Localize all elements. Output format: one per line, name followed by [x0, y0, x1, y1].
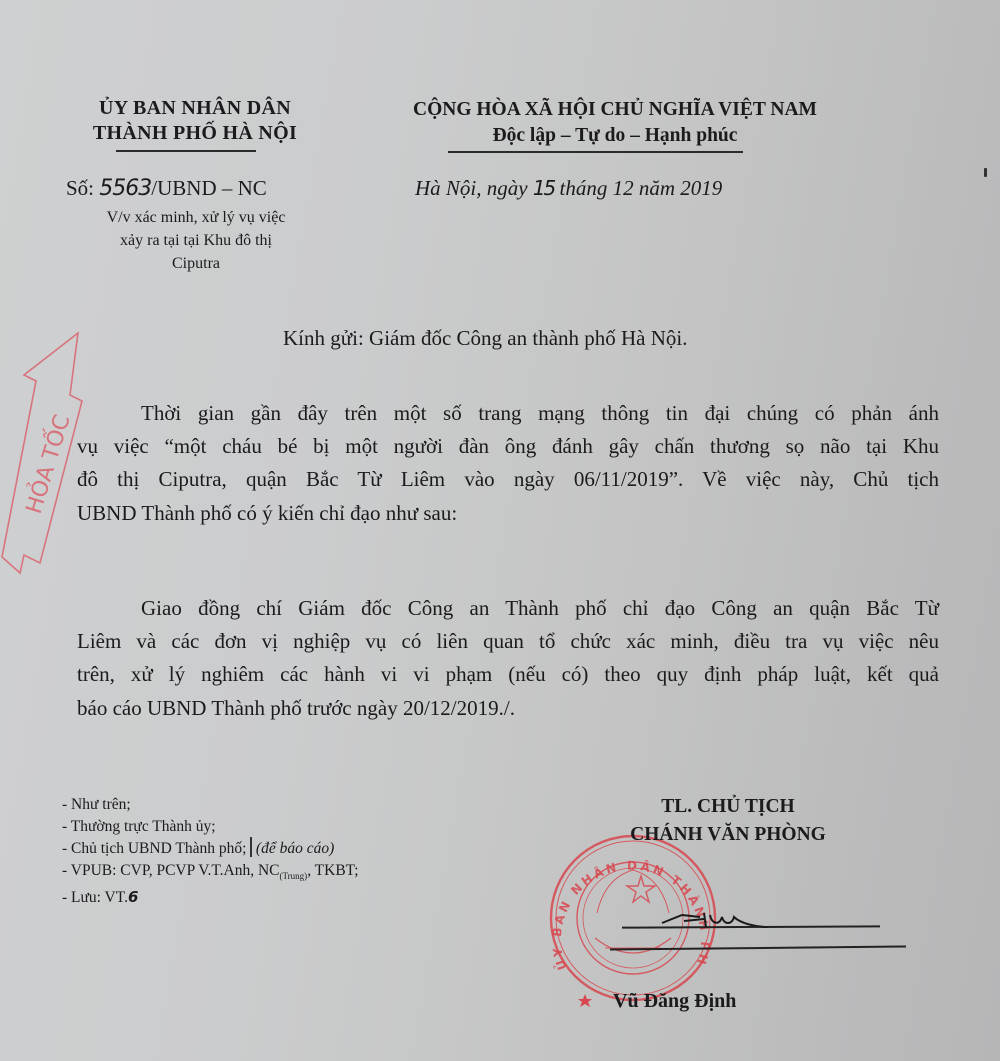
number-handwritten: 5563: [99, 176, 151, 201]
recipient-item: - Chủ tịch UBND Thành phố;(để báo cáo): [62, 837, 359, 860]
date-day-handwritten: 15: [533, 176, 554, 200]
signature-line-2: CHÁNH VĂN PHÒNG: [578, 821, 878, 849]
recipients-list: - Như trên; - Thường trực Thành ủy; - Ch…: [62, 794, 359, 909]
number-suffix: /UBND – NC: [151, 176, 267, 200]
authority-line-1: ỦY BAN NHÂN DÂN: [60, 96, 330, 121]
signature-title: TL. CHỦ TỊCH CHÁNH VĂN PHÒNG: [578, 793, 878, 849]
recipient-tail: , TKBT;: [307, 862, 358, 879]
document-subject: V/v xác minh, xử lý vụ việc xảy ra tại t…: [56, 206, 336, 275]
date-suffix: tháng 12 năm 2019: [554, 176, 722, 200]
report-note: (để báo cáo): [256, 840, 334, 857]
signer-name: Vũ Đăng Định: [613, 990, 736, 1013]
national-header: CỘNG HÒA XÃ HỘI CHỦ NGHĨA VIỆT NAM Độc l…: [360, 97, 870, 149]
recipient-item: - VPUB: CVP, PCVP V.T.Anh, NC(Trung), TK…: [62, 860, 359, 888]
subject-line: Ciputra: [56, 252, 336, 275]
body-paragraph-1: Thời gian gần đây trên một số trang mạng…: [77, 397, 939, 530]
authority-underline: [116, 150, 256, 152]
signature-line-1: TL. CHỦ TỊCH: [578, 793, 878, 821]
recipient-item: - Thường trực Thành ủy;: [62, 816, 359, 838]
paragraph-line: Thời gian gần đây trên một số trang mạng…: [77, 397, 939, 430]
nc-subscript: (Trung): [280, 871, 308, 881]
paragraph-line: vụ việc “một cháu bé bị một người đàn ôn…: [77, 430, 939, 463]
signature-scribble-icon: [660, 905, 770, 935]
bracket-bar: [250, 837, 252, 857]
number-prefix: Số:: [66, 176, 99, 200]
recipient-text: - Lưu: VT.: [62, 889, 128, 906]
paragraph-line: Liêm và các đơn vị nghiệp vụ có liên qua…: [77, 625, 939, 658]
recipient-text: - VPUB: CVP, PCVP V.T.Anh, NC: [62, 862, 280, 879]
document-date: Hà Nội, ngày 15 tháng 12 năm 2019: [415, 176, 722, 201]
national-motto: Độc lập – Tự do – Hạnh phúc: [360, 123, 870, 149]
copies-handwritten: 6: [128, 888, 138, 906]
paragraph-line: Giao đồng chí Giám đốc Công an Thành phố…: [77, 592, 939, 625]
body-paragraph-2: Giao đồng chí Giám đốc Công an Thành phố…: [77, 592, 939, 725]
issuing-authority: ỦY BAN NHÂN DÂN THÀNH PHỐ HÀ NỘI: [60, 96, 330, 146]
paragraph-line: đô thị Ciputra, quận Bắc Từ Liêm vào ngà…: [77, 463, 939, 496]
recipient-text: - Chủ tịch UBND Thành phố;: [62, 840, 246, 857]
speck-mark: [984, 168, 987, 177]
paragraph-line: UBND Thành phố có ý kiến chỉ đạo như sau…: [77, 497, 939, 530]
date-prefix: Hà Nội, ngày: [415, 176, 533, 200]
nation-title: CỘNG HÒA XÃ HỘI CHỦ NGHĨA VIỆT NAM: [360, 97, 870, 123]
paragraph-line: trên, xử lý nghiêm các hành vi vi phạm (…: [77, 658, 939, 691]
recipient-item: - Như trên;: [62, 794, 359, 816]
authority-line-2: THÀNH PHỐ HÀ NỘI: [60, 121, 330, 146]
recipient-item: - Lưu: VT.6: [62, 887, 359, 909]
document-number: Số: 5563/UBND – NC: [66, 176, 267, 201]
motto-underline: [448, 151, 743, 153]
subject-line: xảy ra tại tại Khu đô thị: [56, 229, 336, 252]
addressee: Kính gửi: Giám đốc Công an thành phố Hà …: [283, 326, 688, 351]
paragraph-line: báo cáo UBND Thành phố trước ngày 20/12/…: [77, 692, 939, 725]
subject-line: V/v xác minh, xử lý vụ việc: [56, 206, 336, 229]
